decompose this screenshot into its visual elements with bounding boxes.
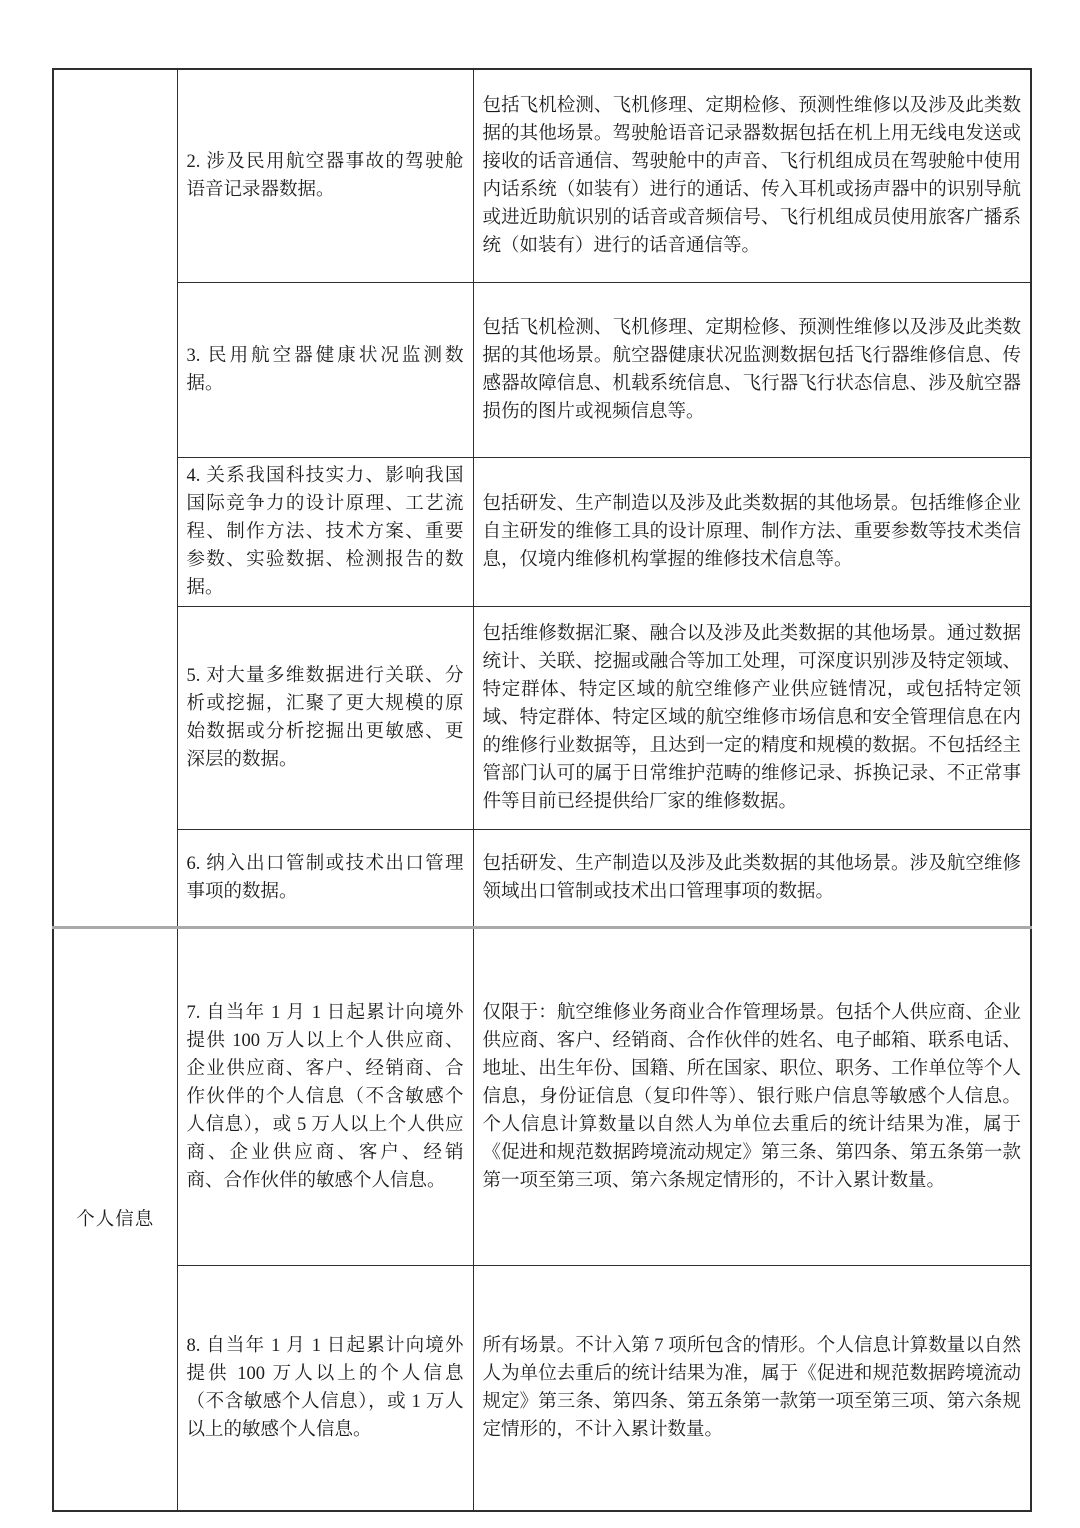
item-cell-6: 6. 纳入出口管制或技术出口管理事项的数据。 xyxy=(177,830,473,928)
item-cell-7: 7. 自当年 1 月 1 日起累计向境外提供 100 万人以上个人供应商、企业供… xyxy=(177,928,473,1266)
table-row: 8. 自当年 1 月 1 日起累计向境外提供 100 万人以上的个人信息（不含敏… xyxy=(53,1266,1031,1512)
category-cell-personal-info: 个人信息 xyxy=(53,928,177,1512)
scenario-cell-7: 仅限于：航空维修业务商业合作管理场景。包括个人供应商、企业供应商、客户、经销商、… xyxy=(473,928,1031,1266)
table-row: 4. 关系我国科技实力、影响我国国际竞争力的设计原理、工艺流程、制作方法、技术方… xyxy=(53,458,1031,607)
data-classification-table: 2. 涉及民用航空器事故的驾驶舱语音记录器数据。 包括飞机检测、飞机修理、定期检… xyxy=(52,68,1032,1512)
item-cell-5: 5. 对大量多维数据进行关联、分析或挖掘，汇聚了更大规模的原始数据或分析挖掘出更… xyxy=(177,607,473,830)
item-cell-2: 2. 涉及民用航空器事故的驾驶舱语音记录器数据。 xyxy=(177,69,473,283)
category-cell-group1 xyxy=(53,69,177,928)
table-row: 6. 纳入出口管制或技术出口管理事项的数据。 包括研发、生产制造以及涉及此类数据… xyxy=(53,830,1031,928)
item-cell-4: 4. 关系我国科技实力、影响我国国际竞争力的设计原理、工艺流程、制作方法、技术方… xyxy=(177,458,473,607)
scenario-cell-6: 包括研发、生产制造以及涉及此类数据的其他场景。涉及航空维修领域出口管制或技术出口… xyxy=(473,830,1031,928)
scenario-cell-5: 包括维修数据汇聚、融合以及涉及此类数据的其他场景。通过数据统计、关联、挖掘或融合… xyxy=(473,607,1031,830)
scenario-cell-3: 包括飞机检测、飞机修理、定期检修、预测性维修以及涉及此类数据的其他场景。航空器健… xyxy=(473,283,1031,458)
table-row: 2. 涉及民用航空器事故的驾驶舱语音记录器数据。 包括飞机检测、飞机修理、定期检… xyxy=(53,69,1031,283)
table-row: 5. 对大量多维数据进行关联、分析或挖掘，汇聚了更大规模的原始数据或分析挖掘出更… xyxy=(53,607,1031,830)
item-cell-3: 3. 民用航空器健康状况监测数据。 xyxy=(177,283,473,458)
scenario-cell-4: 包括研发、生产制造以及涉及此类数据的其他场景。包括维修企业自主研发的维修工具的设… xyxy=(473,458,1031,607)
table-row: 个人信息 7. 自当年 1 月 1 日起累计向境外提供 100 万人以上个人供应… xyxy=(53,928,1031,1266)
scenario-cell-2: 包括飞机检测、飞机修理、定期检修、预测性维修以及涉及此类数据的其他场景。驾驶舱语… xyxy=(473,69,1031,283)
scenario-cell-8: 所有场景。不计入第 7 项所包含的情形。个人信息计算数量以自然人为单位去重后的统… xyxy=(473,1266,1031,1512)
item-cell-8: 8. 自当年 1 月 1 日起累计向境外提供 100 万人以上的个人信息（不含敏… xyxy=(177,1266,473,1512)
document-page: 2. 涉及民用航空器事故的驾驶舱语音记录器数据。 包括飞机检测、飞机修理、定期检… xyxy=(0,0,1080,1528)
table-row: 3. 民用航空器健康状况监测数据。 包括飞机检测、飞机修理、定期检修、预测性维修… xyxy=(53,283,1031,458)
